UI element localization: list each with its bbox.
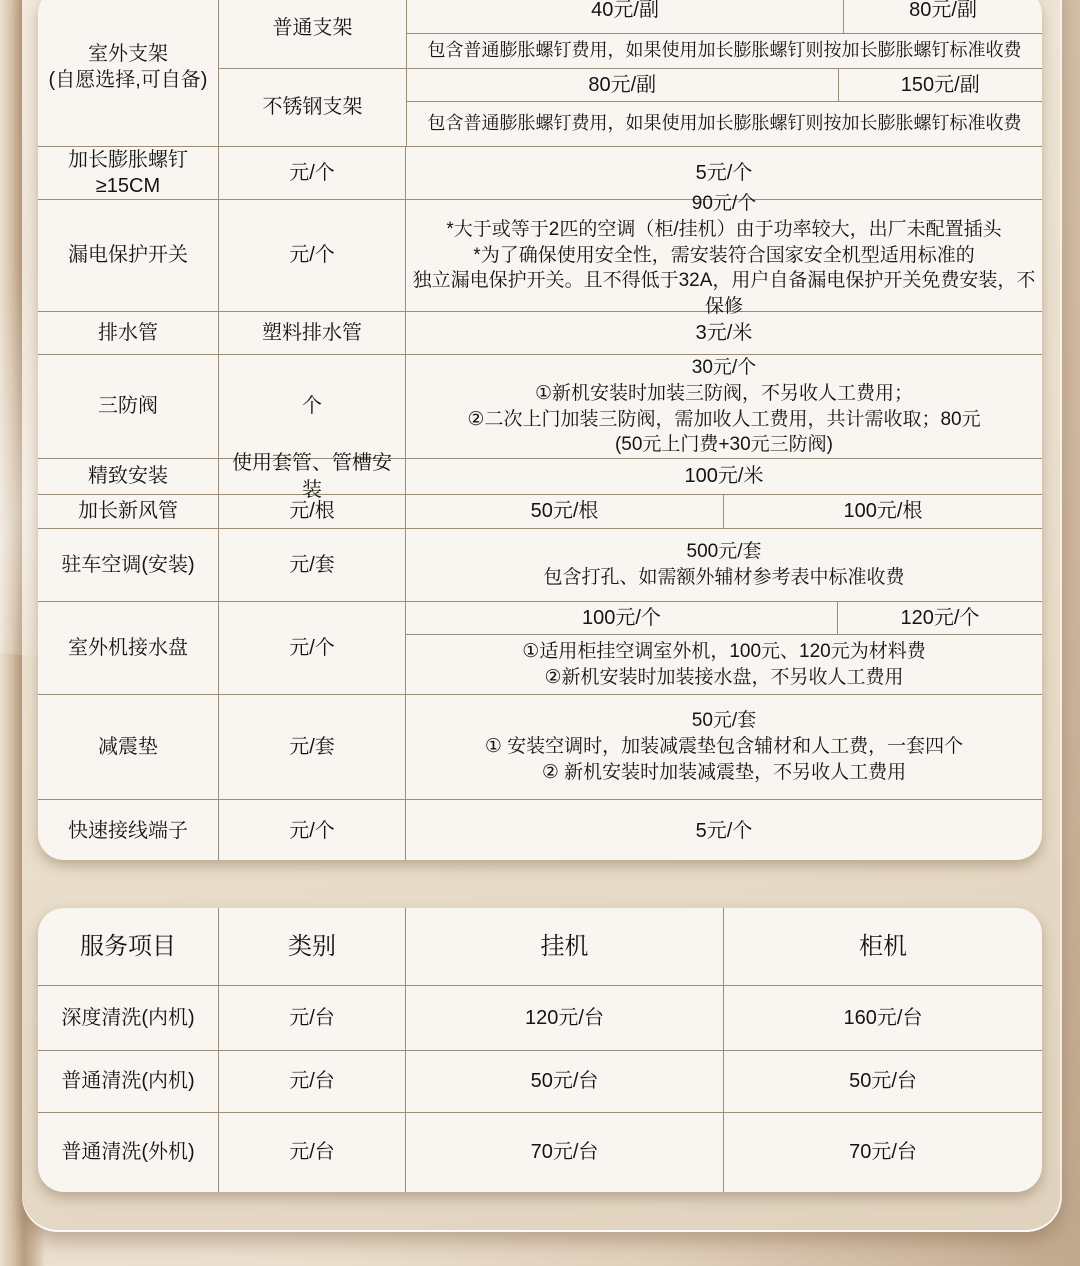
table-row-normal-clean-indoor: 普通清洗(内机) 元/台 50元/台 50元/台 <box>38 1050 1042 1112</box>
row-label: 加长新风管 <box>38 495 218 528</box>
table-row-drain-pipe: 排水管 塑料排水管 3元/米 <box>38 311 1042 354</box>
table-row-leakage-breaker: 漏电保护开关 元/个 90元/个 *大于或等于2匹的空调（柜/挂机）由于功率较大… <box>38 199 1042 311</box>
price-cell: 120元/个 <box>837 602 1042 634</box>
price-cell: 80元/副 <box>843 0 1042 33</box>
unit-cell: 元/台 <box>218 986 405 1050</box>
category-cell: 普通支架 <box>219 0 406 68</box>
note-cell: 包含普通膨胀螺钉费用，如果使用加长膨胀螺钉则按加长膨胀螺钉标准收费 <box>407 102 1042 146</box>
price-cell: 40元/副 <box>407 0 843 33</box>
unit-cell: 元/个 <box>218 200 405 311</box>
table-row-shock-pad: 减震垫 元/套 50元/套 ① 安装空调时，加装减震垫包含辅材和人工费，一套四个… <box>38 694 1042 799</box>
table-row-normal-clean-outdoor: 普通清洗(外机) 元/台 70元/台 70元/台 <box>38 1112 1042 1192</box>
unit-cell: 塑料排水管 <box>218 312 405 354</box>
price-cell: 50元/台 <box>723 1051 1042 1112</box>
table-row-fine-installation: 精致安装 使用套管、管槽安装 100元/米 <box>38 458 1042 494</box>
note-cell: ①适用柜挂空调室外机，100元、120元为材料费 ②新机安装时加装接水盘，不另收… <box>406 635 1042 694</box>
price-cell: 80元/副 <box>407 69 838 101</box>
unit-cell: 元/台 <box>218 1051 405 1112</box>
price-cell: 100元/米 <box>405 459 1042 494</box>
price-cell: 50元/根 <box>405 495 723 528</box>
row-label: 排水管 <box>38 312 218 354</box>
price-cell: 5元/个 <box>405 800 1042 860</box>
price-cell: 50元/台 <box>405 1051 723 1112</box>
table-row-parking-ac: 驻车空调(安装) 元/套 500元/套 包含打孔、如需额外辅材参考表中标准收费 <box>38 528 1042 601</box>
price-note-cell: 90元/个 *大于或等于2匹的空调（柜/挂机）由于功率较大，出厂未配置插头 *为… <box>405 200 1042 311</box>
table-header-row: 服务项目 类别 挂机 柜机 <box>38 908 1042 985</box>
row-label: 加长膨胀螺钉 ≥15CM <box>38 147 218 199</box>
bracket-normal-subrow: 普通支架 40元/副 80元/副 包含普通膨胀螺钉费用，如果使用加长膨胀螺钉则按… <box>219 0 1042 68</box>
price-note-cell: 50元/套 ① 安装空调时，加装减震垫包含辅材和人工费，一套四个 ② 新机安装时… <box>405 695 1042 799</box>
row-label: 三防阀 <box>38 355 218 458</box>
row-label: 精致安装 <box>38 459 218 494</box>
price-cell: 120元/台 <box>405 986 723 1050</box>
price-cell: 70元/台 <box>723 1113 1042 1192</box>
unit-cell: 元/套 <box>218 695 405 799</box>
price-cell: 70元/台 <box>405 1113 723 1192</box>
header-wall-mounted: 挂机 <box>405 908 723 985</box>
price-cell: 160元/台 <box>723 986 1042 1050</box>
row-label: 室外支架 (自愿选择,可自备) <box>38 0 218 146</box>
price-note-cell: 500元/套 包含打孔、如需额外辅材参考表中标准收费 <box>405 529 1042 601</box>
price-cell: 150元/副 <box>838 69 1042 101</box>
row-label: 室外机接水盘 <box>38 602 218 694</box>
price-cell: 100元/根 <box>723 495 1042 528</box>
price-note-cell: 30元/个 ①新机安装时加装三防阀，不另收人工费用； ②二次上门加装三防阀，需加… <box>405 355 1042 458</box>
page-background: 室外支架 (自愿选择,可自备) 普通支架 40元/副 80元/副 包含普通膨胀螺… <box>0 0 1080 1266</box>
category-cell: 不锈钢支架 <box>219 69 406 146</box>
table-row-three-proof-valve: 三防阀 个 30元/个 ①新机安装时加装三防阀，不另收人工费用； ②二次上门加装… <box>38 354 1042 458</box>
unit-cell: 元/个 <box>218 800 405 860</box>
unit-cell: 元/套 <box>218 529 405 601</box>
table-row-quick-terminal: 快速接线端子 元/个 5元/个 <box>38 799 1042 860</box>
row-label: 普通清洗(外机) <box>38 1113 218 1192</box>
table-row-deep-clean-indoor: 深度清洗(内机) 元/台 120元/台 160元/台 <box>38 985 1042 1050</box>
row-label: 减震垫 <box>38 695 218 799</box>
header-category: 类别 <box>218 908 405 985</box>
unit-cell: 个 <box>218 355 405 458</box>
row-label: 普通清洗(内机) <box>38 1051 218 1112</box>
unit-cell: 使用套管、管槽安装 <box>218 459 405 494</box>
table-row-water-tray: 室外机接水盘 元/个 100元/个 120元/个 ①适用柜挂空调室外机，100元… <box>38 601 1042 694</box>
installation-fees-table: 室外支架 (自愿选择,可自备) 普通支架 40元/副 80元/副 包含普通膨胀螺… <box>38 0 1042 860</box>
cleaning-fees-table: 服务项目 类别 挂机 柜机 深度清洗(内机) 元/台 120元/台 160元/台… <box>38 908 1042 1192</box>
price-cell: 3元/米 <box>405 312 1042 354</box>
unit-cell: 元/个 <box>218 147 405 199</box>
unit-cell: 元/台 <box>218 1113 405 1192</box>
unit-cell: 元/根 <box>218 495 405 528</box>
row-label: 驻车空调(安装) <box>38 529 218 601</box>
price-cell: 100元/个 <box>406 602 837 634</box>
bracket-steel-subrow: 不锈钢支架 80元/副 150元/副 包含普通膨胀螺钉费用，如果使用加长膨胀螺钉… <box>219 68 1042 146</box>
note-cell: 包含普通膨胀螺钉费用，如果使用加长膨胀螺钉则按加长膨胀螺钉标准收费 <box>407 34 1042 68</box>
unit-cell: 元/个 <box>218 602 405 694</box>
row-label: 深度清洗(内机) <box>38 986 218 1050</box>
table-row-fresh-air-duct: 加长新风管 元/根 50元/根 100元/根 <box>38 494 1042 528</box>
row-label: 快速接线端子 <box>38 800 218 860</box>
row-label: 漏电保护开关 <box>38 200 218 311</box>
header-service-item: 服务项目 <box>38 908 218 985</box>
header-cabinet: 柜机 <box>723 908 1042 985</box>
table-row-outdoor-bracket: 室外支架 (自愿选择,可自备) 普通支架 40元/副 80元/副 包含普通膨胀螺… <box>38 0 1042 146</box>
